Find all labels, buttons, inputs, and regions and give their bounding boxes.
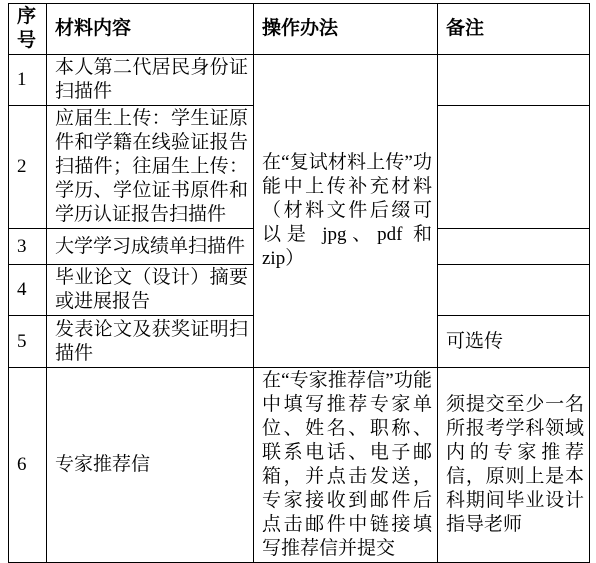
materials-table: 序号 材料内容 操作办法 备注 1 本人第二代居民身份证扫描件 在“复试材料上传…: [8, 3, 590, 563]
cell-no: 1: [9, 55, 47, 106]
document-page: 序号 材料内容 操作办法 备注 1 本人第二代居民身份证扫描件 在“复试材料上传…: [0, 0, 596, 557]
cell-remark: [438, 229, 590, 265]
cell-no: 5: [9, 316, 47, 368]
table-row: 6 专家推荐信 在“专家推荐信”功能中填写推荐专家单位、姓名、职称、联系电话、电…: [9, 368, 590, 563]
cell-remark: [438, 55, 590, 106]
cell-no: 4: [9, 265, 47, 316]
table-row: 1 本人第二代居民身份证扫描件 在“复试材料上传”功能中上传补充材料（材料文件后…: [9, 55, 590, 106]
header-method: 操作办法: [254, 4, 438, 55]
cell-content: 应届生上传：学生证原件和学籍在线验证报告扫描件；往届生上传：学历、学位证书原件和…: [47, 106, 254, 229]
cell-content: 本人第二代居民身份证扫描件: [47, 55, 254, 106]
cell-content: 大学学习成绩单扫描件: [47, 229, 254, 265]
header-no: 序号: [9, 4, 47, 55]
cell-no: 2: [9, 106, 47, 229]
cell-content: 发表论文及获奖证明扫描件: [47, 316, 254, 368]
cell-remark: [438, 106, 590, 229]
cell-no: 6: [9, 368, 47, 563]
cell-method: 在“专家推荐信”功能中填写推荐专家单位、姓名、职称、联系电话、电子邮箱，并点击发…: [254, 368, 438, 563]
cell-remark: 可选传: [438, 316, 590, 368]
header-remark: 备注: [438, 4, 590, 55]
cell-content: 专家推荐信: [47, 368, 254, 563]
cell-content: 毕业论文（设计）摘要或进展报告: [47, 265, 254, 316]
header-content: 材料内容: [47, 4, 254, 55]
cell-method-merged: 在“复试材料上传”功能中上传补充材料（材料文件后缀可以是 jpg、pdf 和 z…: [254, 55, 438, 368]
header-row: 序号 材料内容 操作办法 备注: [9, 4, 590, 55]
cell-remark: [438, 265, 590, 316]
cell-remark: 须提交至少一名所报考学科领域内的专家推荐信，原则上是本科期间毕业设计指导老师: [438, 368, 590, 563]
cell-no: 3: [9, 229, 47, 265]
